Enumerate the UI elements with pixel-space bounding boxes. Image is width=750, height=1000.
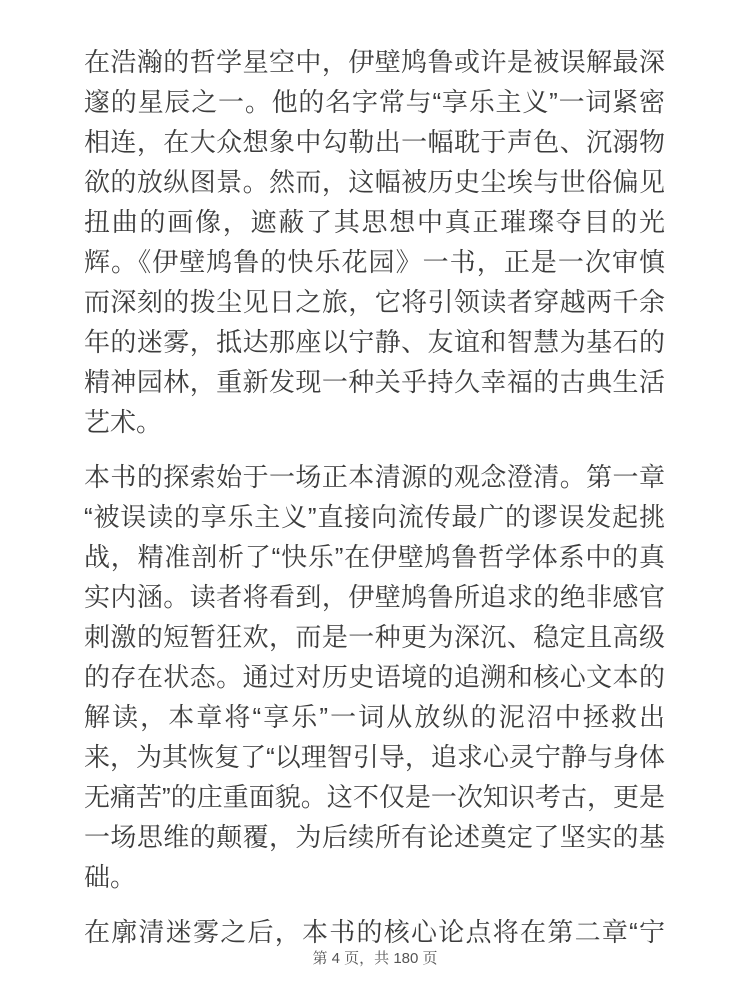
page-footer: 第 4 页，共 180 页	[0, 949, 750, 969]
body-paragraph-3-clipped: 在廓清迷雾之后，本书的核心论点将在第二章“宁	[84, 912, 665, 952]
document-page: 在浩瀚的哲学星空中，伊壁鸠鲁或许是被误解最深邃的星辰之一。他的名字常与“享乐主义…	[0, 0, 750, 1000]
body-paragraph-1: 在浩瀚的哲学星空中，伊壁鸠鲁或许是被误解最深邃的星辰之一。他的名字常与“享乐主义…	[84, 42, 665, 442]
body-paragraph-2: 本书的探索始于一场正本清源的观念澄清。第一章“被误读的享乐主义”直接向流传最广的…	[84, 457, 665, 897]
page-content: 在浩瀚的哲学星空中，伊壁鸠鲁或许是被误解最深邃的星辰之一。他的名字常与“享乐主义…	[84, 42, 665, 952]
page-number-indicator: 第 4 页，共 180 页	[312, 950, 437, 967]
